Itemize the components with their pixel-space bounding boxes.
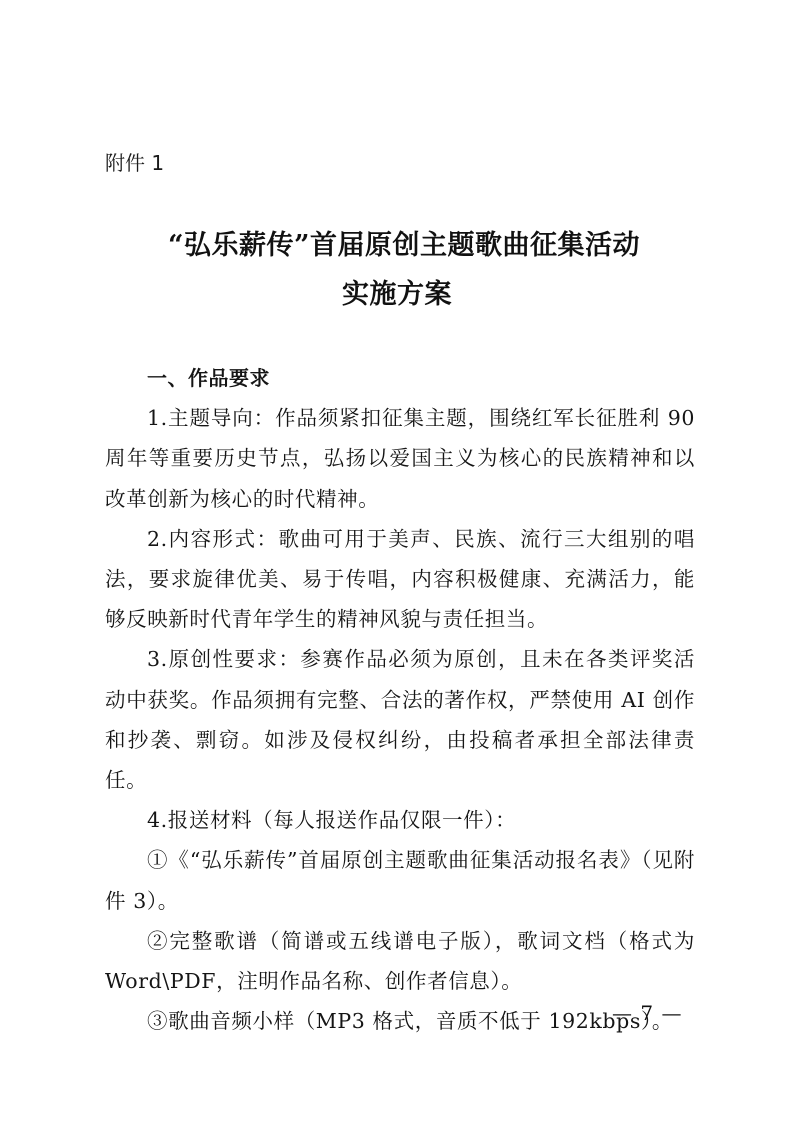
page-number: — 7 — <box>612 1000 682 1026</box>
list-item-audio-demo: ③歌曲音频小样（MP3 格式，音质不低于 192kbps）。 <box>105 1001 695 1041</box>
paragraph-theme-guidance: 1.主题导向：作品须紧扣征集主题，围绕红军长征胜利 90 周年等重要历史节点，弘… <box>105 398 695 519</box>
section-heading: 一、作品要求 <box>105 358 695 398</box>
attachment-label: 附件 1 <box>105 150 164 176</box>
document-page: 附件 1 “弘乐薪传”首届原创主题歌曲征集活动 实施方案 一、作品要求 1.主题… <box>0 0 794 1123</box>
paragraph-submission-materials: 4.报送材料（每人报送作品仅限一件）： <box>105 800 695 840</box>
list-item-sheet-music: ②完整歌谱（简谱或五线谱电子版），歌词文档（格式为 Word\PDF，注明作品名… <box>105 921 695 1001</box>
paragraph-originality: 3.原创性要求：参赛作品必须为原创，且未在各类评奖活动中获奖。作品须拥有完整、合… <box>105 639 695 800</box>
document-body: 一、作品要求 1.主题导向：作品须紧扣征集主题，围绕红军长征胜利 90 周年等重… <box>105 358 695 1041</box>
paragraph-content-form: 2.内容形式：歌曲可用于美声、民族、流行三大组别的唱法，要求旋律优美、易于传唱，… <box>105 519 695 640</box>
list-item-registration-form: ①《“弘乐薪传”首届原创主题歌曲征集活动报名表》（见附件 3）。 <box>105 840 695 920</box>
document-title-line-2: 实施方案 <box>0 275 794 315</box>
document-title-line-1: “弘乐薪传”首届原创主题歌曲征集活动 <box>0 226 794 266</box>
